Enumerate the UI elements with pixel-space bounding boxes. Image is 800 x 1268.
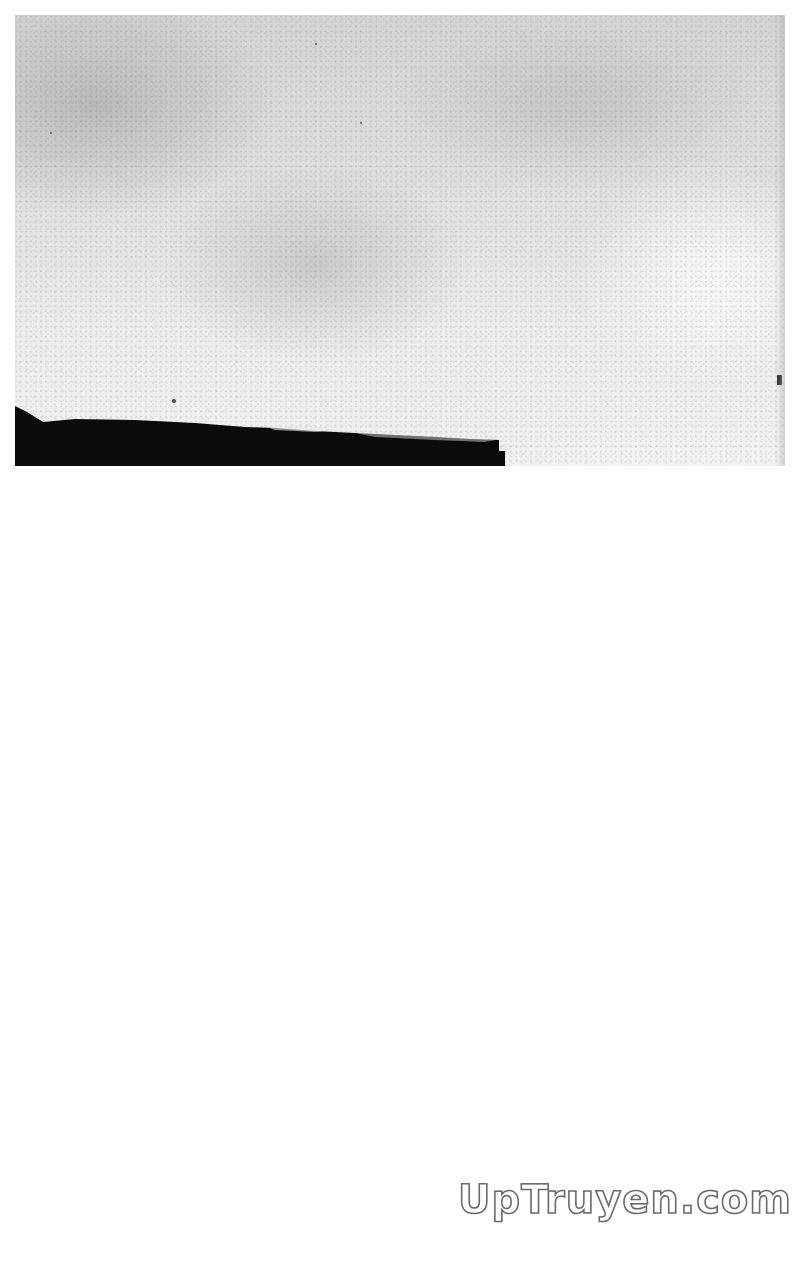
scanned-paper-panel xyxy=(15,15,785,466)
paper-speck xyxy=(50,132,52,134)
site-watermark: UpTruyen.com xyxy=(458,1180,792,1220)
paper-speck xyxy=(172,399,176,403)
torn-dark-edge xyxy=(15,406,785,466)
blank-page-area xyxy=(0,466,800,1268)
paper-speck xyxy=(315,43,317,45)
paper-speck xyxy=(360,122,362,124)
paper-speck xyxy=(777,375,782,385)
